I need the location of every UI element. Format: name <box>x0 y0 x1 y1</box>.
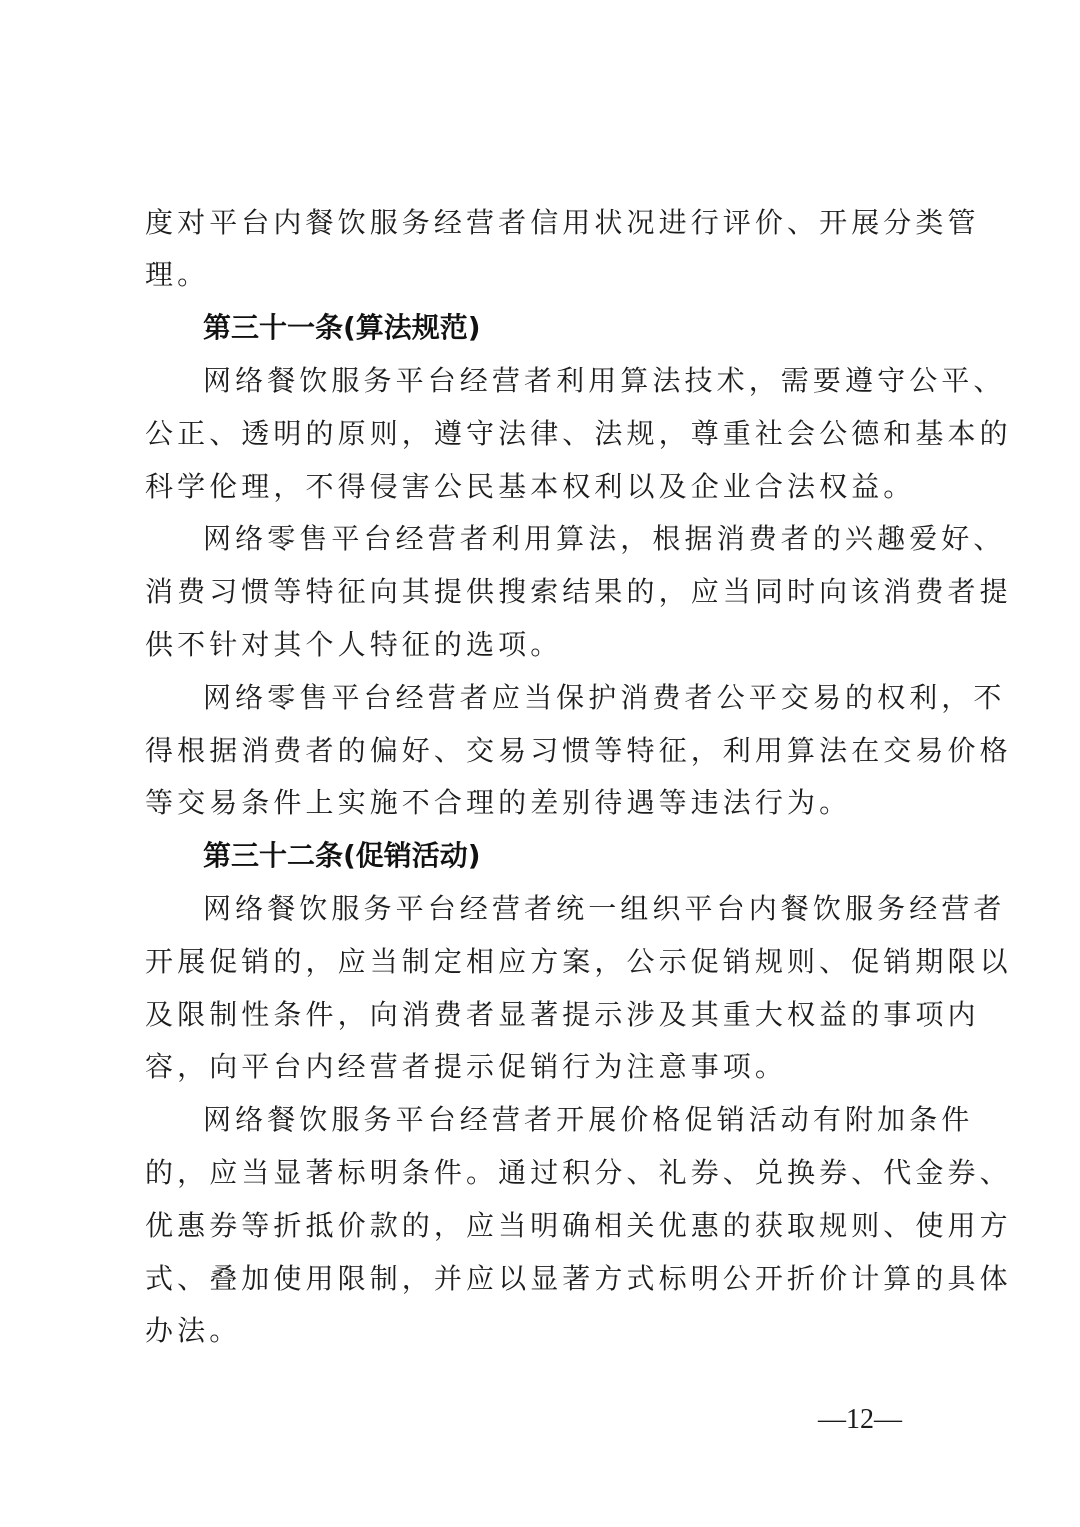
body-line: 的，应当显著标明条件。通过积分、礼券、兑换券、代金券、 <box>145 1155 945 1191</box>
article-32-heading: 第三十二条(促销活动) <box>203 838 1003 874</box>
body-line: 及限制性条件，向消费者显著提示涉及其重大权益的事项内 <box>145 997 945 1033</box>
paragraph-line: 网络零售平台经营者应当保护消费者公平交易的权利，不 <box>203 680 1003 716</box>
page-number: —12— <box>818 1402 902 1438</box>
body-line: 度对平台内餐饮服务经营者信用状况进行评价、开展分类管 <box>145 205 945 241</box>
body-line: 得根据消费者的偏好、交易习惯等特征，利用算法在交易价格 <box>145 733 945 769</box>
paragraph-line: 网络零售平台经营者利用算法，根据消费者的兴趣爱好、 <box>203 521 1003 557</box>
body-line: 办法。 <box>145 1313 945 1349</box>
body-line: 式、叠加使用限制，并应以显著方式标明公开折价计算的具体 <box>145 1261 945 1297</box>
article-31-heading: 第三十一条(算法规范) <box>203 310 1003 346</box>
document-page: 度对平台内餐饮服务经营者信用状况进行评价、开展分类管 理。 第三十一条(算法规范… <box>0 0 1080 1527</box>
body-line: 容，向平台内经营者提示促销行为注意事项。 <box>145 1049 945 1085</box>
body-line: 公正、透明的原则，遵守法律、法规，尊重社会公德和基本的 <box>145 416 945 452</box>
body-line: 开展促销的，应当制定相应方案，公示促销规则、促销期限以 <box>145 944 945 980</box>
body-line: 优惠券等折抵价款的，应当明确相关优惠的获取规则、使用方 <box>145 1208 945 1244</box>
body-line: 等交易条件上实施不合理的差别待遇等违法行为。 <box>145 785 945 821</box>
body-line: 科学伦理，不得侵害公民基本权利以及企业合法权益。 <box>145 469 945 505</box>
body-line: 供不针对其个人特征的选项。 <box>145 627 945 663</box>
body-line: 理。 <box>145 257 945 293</box>
paragraph-line: 网络餐饮服务平台经营者利用算法技术，需要遵守公平、 <box>203 363 1003 399</box>
paragraph-line: 网络餐饮服务平台经营者开展价格促销活动有附加条件 <box>203 1102 1003 1138</box>
body-line: 消费习惯等特征向其提供搜索结果的，应当同时向该消费者提 <box>145 574 945 610</box>
paragraph-line: 网络餐饮服务平台经营者统一组织平台内餐饮服务经营者 <box>203 891 1003 927</box>
